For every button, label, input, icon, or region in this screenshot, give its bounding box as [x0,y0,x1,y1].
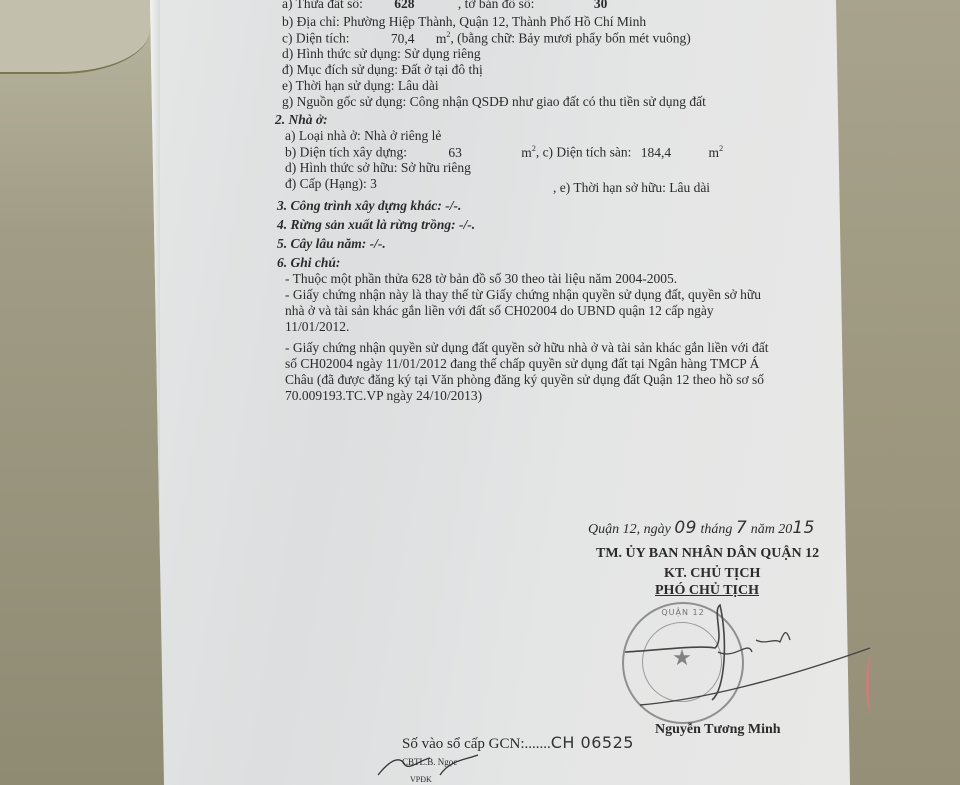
note-line: Châu (đã được đăng ký tại Văn phòng đăng… [285,372,764,388]
map-sheet-number: 30 [594,0,608,11]
year-label: năm 20 [751,522,793,537]
note-line: nhà ở và tài sản khác gắn liền với đất s… [285,303,714,319]
star-icon: ★ [643,645,721,671]
land-area-value: 70,4 [391,31,415,46]
certificate-page [150,0,850,785]
house-area-row: b) Diện tích xây dựng: 63 m2, c) Diện tí… [285,144,723,161]
built-area-unit: m [521,145,532,160]
section-planted-forest: 4. Rừng sản xuất là rừng trồng: -/-. [277,217,475,233]
registry-entry: Số vào sổ cấp GCN:.......CH 06525 [402,733,634,753]
floor-area-value: 184,4 [641,145,671,160]
issue-day: 09 [674,518,697,538]
note-line: số CH02004 ngày 11/01/2012 đang thế chấp… [285,356,759,372]
land-area-label: c) Diện tích: [282,31,349,46]
parcel-number: 628 [394,0,414,11]
seal-text: QUẬN 12 [624,608,742,617]
land-area-row: c) Diện tích: 70,4 m2, (bằng chữ: Bảy mư… [282,30,691,47]
land-area-words: , (bằng chữ: Bảy mươi phẩy bốn mét vuông… [450,31,690,46]
note-line: 70.009193.TC.VP ngày 24/10/2013) [285,388,482,404]
section-perennial-trees: 5. Cây lâu năm: -/-. [277,236,386,252]
registry-label: Số vào sổ cấp GCN:....... [402,736,551,752]
house-type: a) Loại nhà ở: Nhà ở riêng lẻ [285,128,441,144]
ownership-form: d) Hình thức sở hữu: Sở hữu riêng [285,160,471,176]
note-line: 11/01/2012. [285,319,349,335]
house-grade: đ) Cấp (Hạng): 3 [285,176,377,192]
official-seal: QUẬN 12 ★ [622,602,744,724]
background-surface-left [0,0,165,785]
house-heading: 2. Nhà ở: [275,112,328,128]
red-seal-edge [866,655,875,713]
land-address: b) Địa chỉ: Phường Hiệp Thành, Quận 12, … [282,14,646,30]
background-fold [0,0,150,74]
built-area-label: b) Diện tích xây dựng: [285,145,407,160]
clerk-office: VPĐK [410,775,432,784]
date-prefix: Quận 12, ngày [588,522,671,537]
section-other-construction: 3. Công trình xây dựng khác: -/-. [277,198,461,214]
land-use-term: e) Thời hạn sử dụng: Lâu dài [282,78,439,94]
clerk-signature: CBTL.B. Ngọc [402,757,457,767]
registry-number: CH 06525 [551,733,634,752]
signer-role-2: PHÓ CHỦ TỊCH [655,583,759,599]
floor-area-label: , c) Diện tích sàn: [536,145,632,160]
seal-emblem: ★ [642,622,722,702]
signer-role-1: KT. CHỦ TỊCH [664,566,760,582]
built-area-value: 63 [448,145,462,160]
note-line: - Giấy chứng nhận quyền sử dụng đất quyề… [285,340,769,356]
month-label: tháng [700,522,732,537]
signer-name: Nguyễn Tương Minh [655,722,781,738]
land-use-purpose: đ) Mục đích sử dụng: Đất ở tại đô thị [282,62,483,78]
issuing-authority: TM. ỦY BAN NHÂN DÂN QUẬN 12 [596,546,819,562]
note-line: - Thuộc một phần thửa 628 tờ bản đồ số 3… [285,271,677,287]
notes-heading: 6. Ghi chú: [277,255,340,271]
ownership-term: , e) Thời hạn sở hữu: Lâu dài [553,180,710,196]
land-use-form: d) Hình thức sử dụng: Sử dụng riêng [282,46,481,62]
background-surface-right [835,0,960,785]
map-sheet-label: , tờ bản đồ số: [458,0,535,11]
floor-area-unit: m [709,145,720,160]
issue-month: 7 [736,518,747,538]
issue-year-suffix: 15 [792,518,815,538]
land-area-unit: m [436,31,447,46]
parcel-label: a) Thửa đất số: [282,0,363,11]
land-use-origin: g) Nguồn gốc sử dụng: Công nhận QSDĐ như… [282,94,706,110]
issue-date: Quận 12, ngày 09 tháng 7 năm 2015 [588,518,815,538]
note-line: - Giấy chứng nhận này là thay thế từ Giấ… [285,287,761,303]
land-parcel-row: a) Thửa đất số: 628 , tờ bản đồ số: 30 [282,0,607,12]
